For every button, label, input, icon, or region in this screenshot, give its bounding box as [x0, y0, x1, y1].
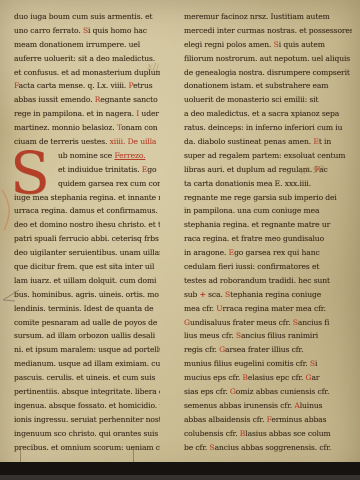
gutter-mark: xli — [146, 61, 160, 74]
text-run: et confusus. et ad monasterium duplum. — [14, 68, 160, 77]
manuscript-line: in aragone. Ego garsea rex qui hanc — [184, 246, 352, 260]
left-text-column: duo iuga boum cum suis armentis. etuno c… — [14, 10, 160, 462]
manuscript-line: mercedi inter curmas nostras. et possess… — [184, 24, 352, 38]
text-run: urraca regina. damus et confirmamus. — [14, 206, 158, 215]
manuscript-line: testes ad roborandum tradidi. hec sunt — [184, 274, 352, 288]
manuscript-line: deo et domino nostro ihesu christo. et t… — [14, 218, 160, 232]
text-run: i — [315, 359, 317, 368]
manuscript-line: mea cfr. Urraca regina mater mea cfr. — [184, 302, 352, 316]
manuscript-line: filiorum nostrorum. aut nepotum. uel ali… — [184, 52, 352, 66]
manuscript-line: comite pesnaram ad ualle de poyos de — [14, 316, 160, 330]
manuscript-line: patri spuali ferrucio abbi. ceterisq frb… — [14, 232, 160, 246]
manuscript-line: libras auri. et duplum ad regulam. Fac — [184, 163, 352, 177]
manuscript-line: ingenua. absque fossato. et homicidio. u… — [14, 399, 160, 413]
manuscript-line: lam iuarz. et uillam dolquit. cum domi — [14, 274, 160, 288]
manuscript-line: stephania regina. et regnante matre ur — [184, 218, 352, 232]
text-run: munius filius eugelini comitis cfr. — [184, 359, 310, 368]
rubricated-run: Ferrezo. — [114, 151, 145, 160]
manuscript-line: pertinentiis. absque integritate. libera… — [14, 385, 160, 399]
text-run: sub — [184, 290, 200, 299]
text-run: de genealogia nostra. disrumpere compser… — [184, 68, 350, 77]
text-run: ionis ingressu. seruiat perhenniter nost… — [14, 415, 160, 424]
text-run: acta carta mense. q. Lx. viiii. — [19, 81, 129, 90]
manuscript-line: et confusus. et ad monasterium duplum. — [14, 66, 160, 80]
manuscript-line: bus. hominibus. agris. uineis. ortis. mo — [14, 288, 160, 302]
manuscript-line: ta carta donationis mea E. xxx.iiii. — [184, 177, 352, 191]
text-run: martinez. monnio belasioz. — [14, 123, 117, 132]
manuscript-line: meremur facinoz nrsz. Iustitiam autem — [184, 10, 352, 24]
manuscript-line: rege in pampilona. et in nagera. I uder — [14, 107, 160, 121]
text-run: deo uigilanter seruientibus. unam uillam — [14, 248, 160, 257]
photo-edge-strip — [0, 462, 360, 480]
text-run: omiz abbas cuniensis cfr. — [236, 387, 329, 396]
text-run: lendinis. terminis. Idest de quanta de — [14, 304, 153, 313]
manuscript-line: Gundisaluus frater meus cfr. Sancius fi — [184, 316, 352, 330]
text-run: ni. et ipsum maralem: usque ad portellum — [14, 345, 160, 354]
text-run: ancius abbas soggrenensis. cfr. — [215, 443, 332, 452]
manuscript-line: raca regina. et fratre meo gundisaluo — [184, 232, 352, 246]
text-run: regis cfr. — [184, 345, 219, 354]
text-run: meam donationem irrumpere. uel — [14, 40, 140, 49]
manuscript-line: mucius eps cfr. Belasius epc cfr. Gar — [184, 371, 352, 385]
text-run: testes ad roborandum tradidi. hec sunt — [184, 276, 330, 285]
text-run: rraca regina mater mea cfr. — [223, 304, 326, 313]
right-text-column: meremur facinoz nrsz. Iustitiam autemmer… — [184, 10, 352, 462]
text-run: elegi regni polos amen. — [184, 40, 274, 49]
manuscript-line: ratus. deinceps: in inferno inferiori cu… — [184, 121, 352, 135]
text-run: elasius epc cfr. — [248, 373, 306, 382]
manuscript-line: sias eps cfr. Gomiz abbas cuniensis cfr. — [184, 385, 352, 399]
text-run: meremur facinoz nrsz. Iustitiam autem — [184, 12, 330, 21]
text-run: uno carro ferrato. — [14, 26, 83, 35]
manuscript-line: pascuis. cerulis. et uineis. et cum suis — [14, 371, 160, 385]
text-run: ar — [312, 373, 320, 382]
text-run: raca regina. et fratre meo gundisaluo — [184, 234, 324, 243]
text-run: egnante sancto — [100, 95, 157, 104]
text-run: medianum. usque ad illam eximiam. cum — [14, 359, 160, 368]
text-run: t in — [319, 137, 331, 146]
text-run: stephania regina. et regnante matre ur — [184, 220, 330, 229]
text-run: uder — [139, 109, 159, 118]
text-run: da. diabolo sustineat penas amen. — [184, 137, 313, 146]
manuscript-line: que dicitur frem. que est sita inter uil — [14, 260, 160, 274]
text-run: pertinentiis. absque integritate. libera… — [14, 387, 160, 396]
text-run: abbas iussit emendo. — [14, 95, 95, 104]
manuscript-line: duo iuga boum cum suis armentis. et — [14, 10, 160, 24]
text-run: rege in pampilona. et in nagera. — [14, 109, 136, 118]
text-run: tephania regina coniuge — [230, 290, 321, 299]
text-run: ingenuum sco christo. qui orantes suis s… — [14, 429, 160, 438]
parchment-page: duo iuga boum cum suis armentis. etuno c… — [0, 0, 360, 480]
manuscript-line: abbas iussit emendo. Regnante sancto — [14, 93, 160, 107]
text-run: sursum. ad illam orbozon uallis desali — [14, 331, 155, 340]
manuscript-line: uoluerit de monasterio sci emilii: sit — [184, 93, 352, 107]
text-run: sias eps cfr. — [184, 387, 230, 396]
rubricated-run: xiiii. De uilla — [110, 137, 157, 146]
text-run: super ad regalem partem: exsoluat centum — [184, 151, 345, 160]
text-run: in pampilona. una cum coniuge mea — [184, 206, 319, 215]
text-run: regnante me rege garsia sub imperio dei — [184, 193, 337, 202]
text-run: be cfr. — [184, 443, 210, 452]
text-run: et indiuidue trinitatis. — [58, 165, 142, 174]
manuscript-line: donationem istam. et substrahere eam — [184, 79, 352, 93]
manuscript-line: colubensis cfr. Blasius abbas sce colum — [184, 427, 352, 441]
text-run: quidem garsea rex cum con — [58, 179, 160, 188]
manuscript-line: a deo maledictus. et a sacra xpianoz sep… — [184, 107, 352, 121]
text-run: undisaluus frater meus cfr. — [190, 318, 293, 327]
manuscript-line: precibus. et omnium scorum: ueniam conse… — [14, 441, 160, 455]
text-run: cedulam fieri iussi: confirmatores et — [184, 262, 319, 271]
text-run: auferre uoluerit: sit a deo maledictus. — [14, 54, 155, 63]
manuscript-line: meam donationem irrumpere. uel — [14, 38, 160, 52]
text-run: filiorum nostrorum. aut nepotum. uel ali… — [184, 54, 350, 63]
manuscript-line: da. diabolo sustineat penas amen. Et in — [184, 135, 352, 149]
text-run: go — [147, 165, 156, 174]
manuscript-line: Facta carta mense. q. Lx. viiii. Petrus — [14, 79, 160, 93]
text-run: bus. hominibus. agris. uineis. ortis. mo — [14, 290, 159, 299]
text-run: deo et domino nostro ihesu christo. et t… — [14, 220, 160, 229]
text-run: lam iuarz. et uillam dolquit. cum domi — [14, 276, 156, 285]
text-run: donationem istam. et substrahere eam — [184, 81, 328, 90]
manuscript-line: ni. et ipsum maralem: usque ad portellum — [14, 343, 160, 357]
text-run: abbas albaidensis cfr. — [184, 415, 267, 424]
manuscript-line: auferre uoluerit: sit a deo maledictus. — [14, 52, 160, 66]
text-run: semenus abbas irunensis cfr. — [184, 401, 294, 410]
text-run: comite pesnaram ad ualle de poyos de — [14, 318, 157, 327]
pencil-mark-icon — [1, 288, 21, 304]
text-run: arsea frater illius cfr. — [225, 345, 303, 354]
manuscript-line: super ad regalem partem: exsoluat centum — [184, 149, 352, 163]
text-run: mercedi inter curmas nostras. et possess… — [184, 26, 352, 35]
text-run: que dicitur frem. que est sita inter uil — [14, 262, 154, 271]
text-run: etrus — [133, 81, 152, 90]
text-run: duo iuga boum cum suis armentis. et — [14, 12, 152, 21]
manuscript-line: sub + sca. Stephania regina coniuge — [184, 288, 352, 302]
manuscript-line: cedulam fieri iussi: confirmatores et — [184, 260, 352, 274]
text-run: erminus abbas — [271, 415, 326, 424]
text-run: colubensis cfr. — [184, 429, 240, 438]
margin-flourish-icon — [0, 188, 16, 232]
text-run: patri spuali ferrucio abbi. ceterisq frb… — [14, 234, 160, 243]
text-run: ingenua. absque fossato. et homicidio. u… — [14, 401, 160, 410]
text-run: ub nomine sce — [58, 151, 114, 160]
manuscript-line: ingenuum sco christo. qui orantes suis s… — [14, 427, 160, 441]
text-run: i quis autem — [279, 40, 325, 49]
text-run: mea cfr. — [184, 304, 216, 313]
manuscript-line: semenus abbas irunensis cfr. Aluinus — [184, 399, 352, 413]
manuscript-line: medianum. usque ad illam eximiam. cum — [14, 357, 160, 371]
text-run: ratus. deinceps: in inferno inferiori cu… — [184, 123, 342, 132]
manuscript-line: sursum. ad illam orbozon uallis desali — [14, 329, 160, 343]
manuscript-line: munius filius eugelini comitis cfr. Si — [184, 357, 352, 371]
text-run: go garsea rex qui hanc — [234, 248, 320, 257]
manuscript-line: ionis ingressu. seruiat perhenniter nost… — [14, 413, 160, 427]
manuscript-line: martinez. monnio belasioz. Tonam con — [14, 121, 160, 135]
manuscript-line: be cfr. Sancius abbas soggrenensis. cfr. — [184, 441, 352, 455]
manuscript-line: lius meus cfr. Sancius filius ranimiri — [184, 329, 352, 343]
manuscript-line: regnante me rege garsia sub imperio dei — [184, 191, 352, 205]
manuscript-line: abbas albaidensis cfr. Ferminus abbas — [184, 413, 352, 427]
text-run: ancius fi — [298, 318, 329, 327]
manuscript-line: quidem garsea rex cum con — [58, 177, 160, 191]
manuscript-line: ub nomine sce Ferrezo. — [58, 149, 160, 163]
text-run: lasius abbas sce colum — [245, 429, 330, 438]
text-run: precibus. et omnium scorum: ueniam conse… — [14, 443, 160, 452]
text-run: uoluerit de monasterio sci emilii: sit — [184, 95, 318, 104]
text-run: onam con — [121, 123, 157, 132]
text-run: pascuis. cerulis. et uineis. et cum suis — [14, 373, 155, 382]
text-run: ancius filius ranimiri — [241, 331, 318, 340]
text-run: ta carta donationis mea E. xxx.iiii. — [184, 179, 311, 188]
text-run: mucius eps cfr. — [184, 373, 242, 382]
manuscript-line: in pampilona. una cum coniuge mea — [184, 204, 352, 218]
text-run: lius meus cfr. — [184, 331, 236, 340]
manuscript-line: de genealogia nostra. disrumpere compser… — [184, 66, 352, 80]
manuscript-line: lendinis. terminis. Idest de quanta de — [14, 302, 160, 316]
text-run: luinus — [300, 401, 323, 410]
manuscript-line: et indiuidue trinitatis. Ego — [58, 163, 160, 177]
manuscript-line: uno carro ferrato. Si quis homo hac — [14, 24, 160, 38]
text-run: sca. — [206, 290, 225, 299]
text-run: i quis homo hac — [88, 26, 147, 35]
manuscript-line: elegi regni polos amen. Si quis autem — [184, 38, 352, 52]
text-run: in aragone. — [184, 248, 229, 257]
manuscript-line: deo uigilanter seruientibus. unam uillam — [14, 246, 160, 260]
text-run: libras auri. et duplum ad regulam. — [184, 165, 314, 174]
manuscript-line: regis cfr. Garsea frater illius cfr. — [184, 343, 352, 357]
text-run: a deo maledictus. et a sacra xpianoz sep… — [184, 109, 339, 118]
